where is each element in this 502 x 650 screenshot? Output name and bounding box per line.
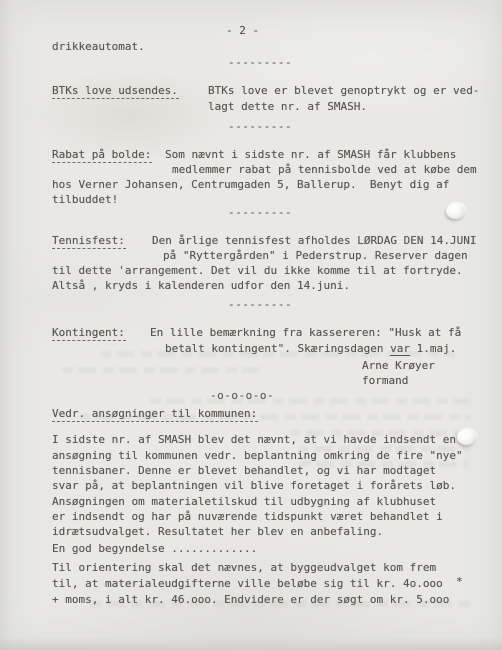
signature-title: formand	[362, 374, 408, 387]
text-line: betalt kontingent". Skæringsdagen var 1.…	[165, 342, 456, 355]
text-line: til dette 'arrangement. Det vil du ikke …	[52, 264, 463, 277]
section-heading: BTKs love udsendes.	[52, 84, 179, 97]
divider: ---------	[228, 120, 292, 133]
text-line: Altså , kryds i kalenderen udfor den 14.…	[52, 279, 350, 292]
text-line: En lille bemærkning fra kassereren: "Hus…	[150, 326, 461, 339]
divider: ---------	[228, 56, 292, 69]
page-number: - 2 -	[226, 24, 259, 37]
text-line: En god begyndelse .............	[52, 542, 257, 555]
text-line: er indsendt og har på nuværende tidspunk…	[52, 510, 443, 523]
section-heading: Kontingent:	[52, 326, 126, 339]
embossed-spot	[446, 203, 465, 219]
bleedthrough-line	[62, 367, 262, 373]
text-line: Til orientering skal det nævnes, at bygg…	[52, 561, 436, 574]
text-line: Ansøgningen om materialetilskud til udby…	[52, 495, 436, 508]
text-line: medlemmer rabat på tennisbolde ved at kø…	[172, 163, 477, 176]
text-line: idrætsudvalget. Resultatet her blev en a…	[52, 525, 383, 538]
text-line: på "Ryttergården" i Pederstrup. Reserver…	[163, 249, 468, 262]
signature-name: Arne Krøyer	[362, 359, 435, 372]
text-line: til, at materialeudgifterne ville beløbe…	[52, 577, 443, 590]
divider: ---------	[228, 298, 292, 311]
section-heading: Tennisfest:	[52, 234, 126, 247]
text-line: ansøgning til kommunen vedr. beplantning…	[52, 449, 463, 462]
section-heading: Rabat på bolde:	[52, 148, 152, 161]
text-line: Den årlige tennisfest afholdes LØRDAG DE…	[152, 234, 477, 247]
bleedthrough-line	[150, 398, 470, 404]
text-line: svar på, at beplantningen vil blive fore…	[52, 479, 456, 492]
text-line: drikkeautomat.	[52, 40, 145, 53]
text-line: Som nævnt i sidste nr. af SMASH får klub…	[165, 148, 456, 161]
section-heading: Vedr. ansøgninger til kommunen:	[52, 407, 258, 420]
text-line: hos Verner Johansen, Centrumgaden 5, Bal…	[52, 178, 449, 191]
text-line: lagt dette nr. af SMASH.	[208, 100, 367, 113]
text-line: tilbuddet!	[52, 193, 118, 206]
paper-page: - 2 -drikkeautomat.---------BTKs love ud…	[0, 0, 502, 650]
text-line: I sidste nr. af SMASH blev det nævnt, at…	[52, 433, 456, 446]
footnote-asterisk: *	[456, 575, 463, 588]
text-line: + moms, i alt kr. 46.ooo. Endvidere er d…	[52, 593, 449, 606]
divider: -o-o-o-o-	[210, 389, 274, 402]
text-line: BTKs love er blevet genoptrykt og er ved…	[208, 84, 480, 97]
divider: ---------	[228, 206, 292, 219]
text-line: tennisbaner. Denne er blevet behandlet, …	[52, 464, 436, 477]
embossed-spot	[457, 429, 476, 445]
